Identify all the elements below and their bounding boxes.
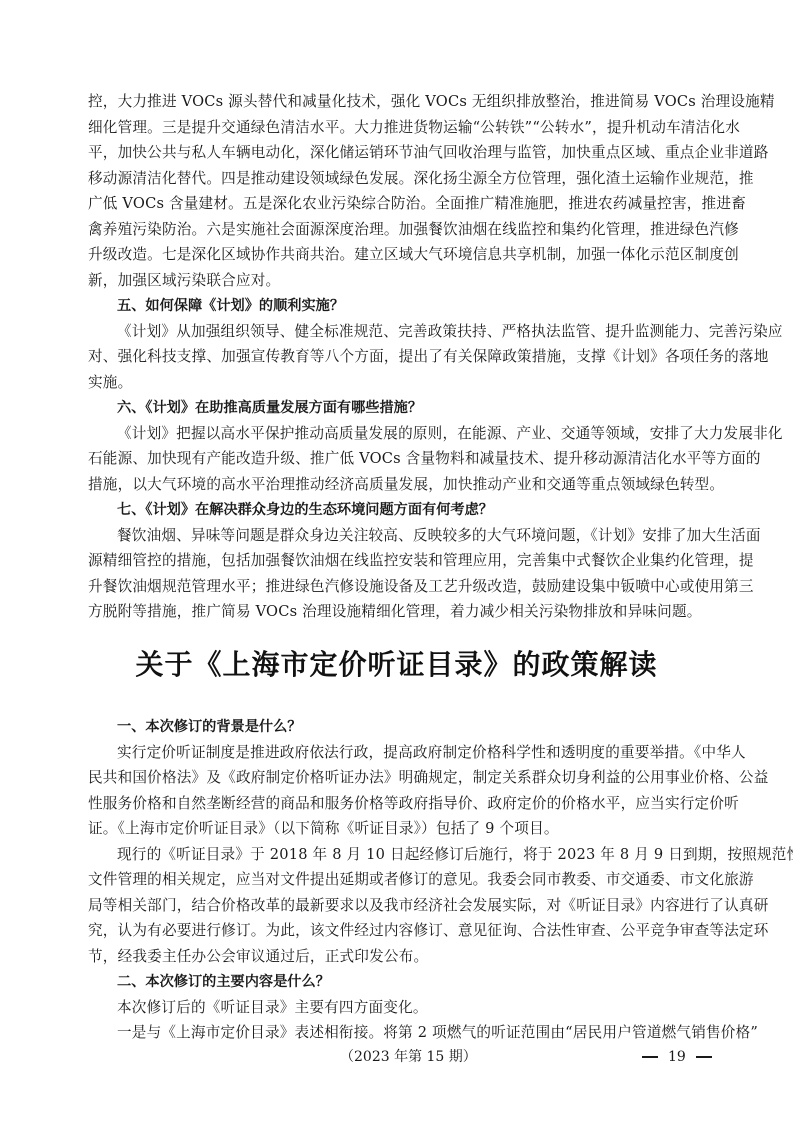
- paragraph-line: 本次修订后的《听证目录》主要有四方面变化。: [117, 997, 706, 1019]
- document-page: 控，大力推进 VOCs 源头替代和减量化技术，强化 VOCs 无组织排放整治，推…: [0, 0, 793, 1122]
- paragraph-line: 究，认为有必要进行修订。为此，该文件经过内容修订、意见征询、合法性审查、公平竞争…: [88, 920, 706, 942]
- paragraph-line: 《计划》从加强组织领导、健全标准规范、完善政策扶持、严格执法监管、提升监测能力、…: [117, 321, 706, 343]
- paragraph-line: 禽养殖污染防治。六是实施社会面源深度治理。加强餐饮油烟在线监控和集约化管理，推进…: [88, 219, 706, 241]
- paragraph-line: 移动源清洁化替代。四是推动建设领域绿色发展。深化扬尘源全方位管理，强化渣土运输作…: [88, 168, 706, 190]
- paragraph-line: 民共和国价格法》及《政府制定价格听证办法》明确规定，制定关系群众切身利益的公用事…: [88, 767, 706, 789]
- paragraph-line: 文件管理的相关规定，应当对文件提出延期或者修订的意见。我委会同市教委、市交通委、…: [88, 869, 706, 891]
- paragraph-line: 平，加快公共与私人车辆电动化，深化储运销环节油气回收治理与监管，加快重点区域、重…: [88, 142, 706, 164]
- page-number: 19: [632, 1046, 722, 1068]
- paragraph-line: 餐饮油烟、异味等问题是群众身边关注较高、反映较多的大气环境问题，《计划》安排了加…: [117, 525, 706, 547]
- paragraph-line: 广低 VOCs 含量建材。五是深化农业污染综合防治。全面推广精准施肥，推进农药减…: [88, 193, 706, 215]
- paragraph-line: 证。《上海市定价听证目录》（以下简称《听证目录》）包括了 9 个项目。: [88, 818, 706, 840]
- section-heading: 二、本次修订的主要内容是什么？: [117, 971, 330, 993]
- paragraph-line: 实行定价听证制度是推进政府依法行政，提高政府制定价格科学性和透明度的重要举措。《…: [117, 742, 706, 764]
- paragraph-line: 细化管理。三是提升交通绿色清洁水平。大力推进货物运输“公转铁”“公转水”，提升机…: [88, 117, 706, 139]
- section-heading: 一、本次修订的背景是什么？: [117, 716, 301, 738]
- paragraph-line: 升级改造。七是深化区域协作共商共治。建立区域大气环境信息共享机制，加强一体化示范…: [88, 244, 706, 266]
- paragraph-line: 现行的《听证目录》于 2018 年 8 月 10 日起经修订后施行，将于 202…: [117, 844, 706, 866]
- page-number-value: 19: [668, 1049, 686, 1065]
- section-heading: 六、《计划》在助推高质量发展方面有哪些措施？: [117, 397, 422, 419]
- article-title: 关于《上海市定价听证目录》的政策解读: [0, 645, 793, 685]
- paragraph-line: 节，经我委主任办公会审议通过后，正式印发公布。: [88, 946, 706, 968]
- issue-label: （2023 年第 15 期）: [340, 1046, 477, 1068]
- paragraph-line: 源精细管控的措施，包括加强餐饮油烟在线监控安装和管理应用，完善集中式餐饮企业集约…: [88, 550, 706, 572]
- paragraph-line: 实施。: [88, 372, 706, 394]
- paragraph-line: 《计划》把握以高水平保护推动高质量发展的原则，在能源、产业、交通等领域，安排了大…: [117, 423, 706, 445]
- section-heading: 七、《计划》在解决群众身边的生态环境问题方面有何考虑？: [117, 499, 493, 521]
- paragraph-line: 局等相关部门，结合价格改革的最新要求以及我市经济社会发展实际，对《听证目录》内容…: [88, 895, 706, 917]
- paragraph-line: 石能源、加快现有产能改造升级、推广低 VOCs 含量物料和减量技术、提升移动源清…: [88, 448, 706, 470]
- paragraph-line: 方脱附等措施，推广简易 VOCs 治理设施精细化管理，着力减少相关污染物排放和异…: [88, 601, 706, 623]
- section-heading: 五、如何保障《计划》的顺利实施？: [117, 295, 344, 317]
- paragraph-line: 对、强化科技支撑、加强宣传教育等八个方面，提出了有关保障政策措施，支撑《计划》各…: [88, 346, 706, 368]
- paragraph-line: 措施，以大气环境的高水平治理推动经济高质量发展，加快推动产业和交通等重点领域绿色…: [88, 474, 706, 496]
- paragraph-line: 新，加强区域污染联合应对。: [88, 270, 706, 292]
- paragraph-line: 性服务价格和自然垄断经营的商品和服务价格等政府指导价、政府定价的价格水平，应当实…: [88, 793, 706, 815]
- paragraph-line: 升餐饮油烟规范管理水平；推进绿色汽修设施设备及工艺升级改造，鼓励建设集中钣喷中心…: [88, 576, 706, 598]
- dash-decoration: [642, 1056, 658, 1058]
- paragraph-line: 控，大力推进 VOCs 源头替代和减量化技术，强化 VOCs 无组织排放整治，推…: [88, 91, 706, 113]
- dash-decoration: [696, 1056, 712, 1058]
- paragraph-line: 一是与《上海市定价目录》表述相衔接。将第 2 项燃气的听证范围由“居民用户管道燃…: [117, 1022, 706, 1044]
